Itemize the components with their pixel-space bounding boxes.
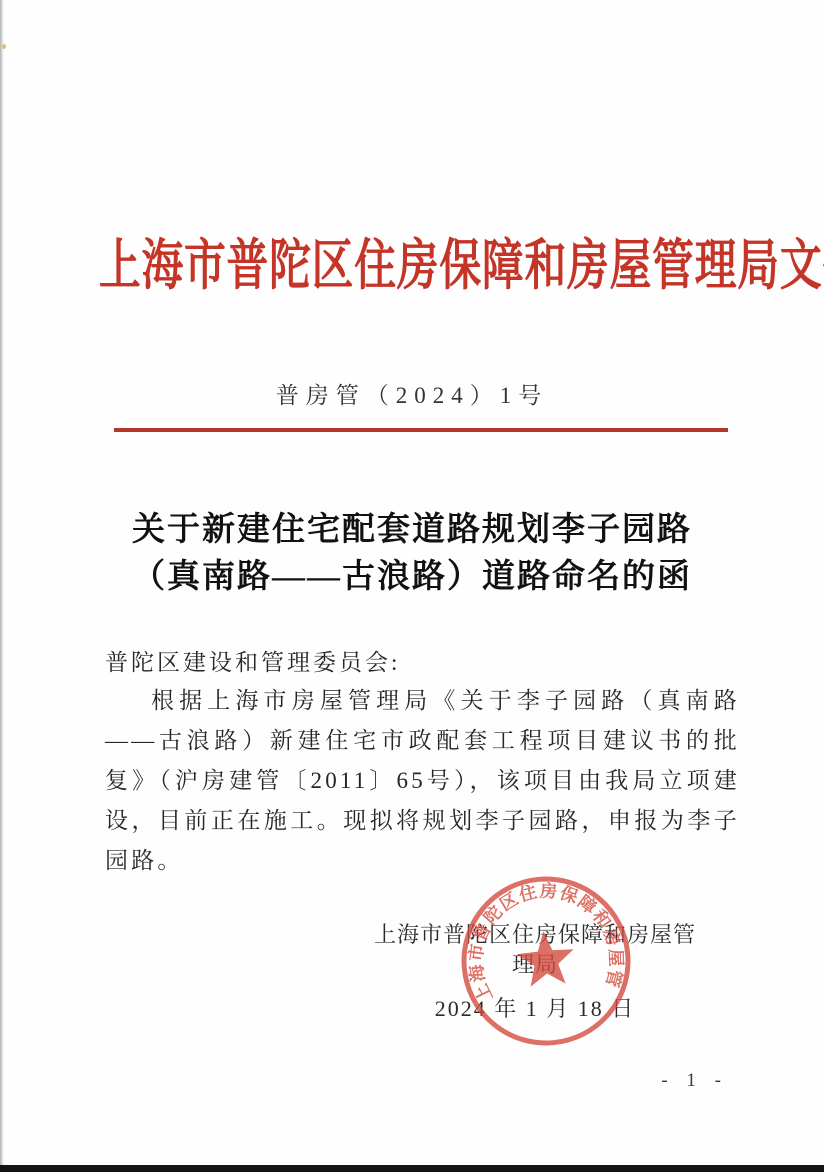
subject-title-line1: 关于新建住宅配套道路规划李子园路 (0, 507, 824, 554)
scan-edge-bottom (0, 1165, 824, 1172)
scan-speck (2, 44, 6, 49)
document-page: 上海市普陀区住房保障和房屋管理局文件 普房管（2024）1号 关于新建住宅配套道… (0, 0, 824, 1172)
closing-block: 上海市普陀区住房保障和房屋管理局 2024 年 1 月 18 日 (365, 920, 705, 1023)
red-separator-rule (114, 428, 728, 432)
letterhead-title: 上海市普陀区住房保障和房屋管理局文件 (99, 221, 725, 300)
subject-title: 关于新建住宅配套道路规划李子园路 （真南路——古浪路）道路命名的函 (0, 507, 824, 601)
salutation: 普陀区建设和管理委员会: (105, 644, 740, 677)
signature-organization: 上海市普陀区住房保障和房屋管理局 (365, 920, 705, 980)
document-number: 普房管（2024）1号 (0, 377, 824, 410)
signature-date: 2024 年 1 月 18 日 (365, 992, 705, 1023)
body-paragraph: 根据上海市房屋管理局《关于李子园路（真南路——古浪路）新建住宅市政配套工程项目建… (105, 681, 740, 881)
page-number: - 1 - (661, 1070, 728, 1092)
subject-title-line2: （真南路——古浪路）道路命名的函 (0, 554, 824, 601)
